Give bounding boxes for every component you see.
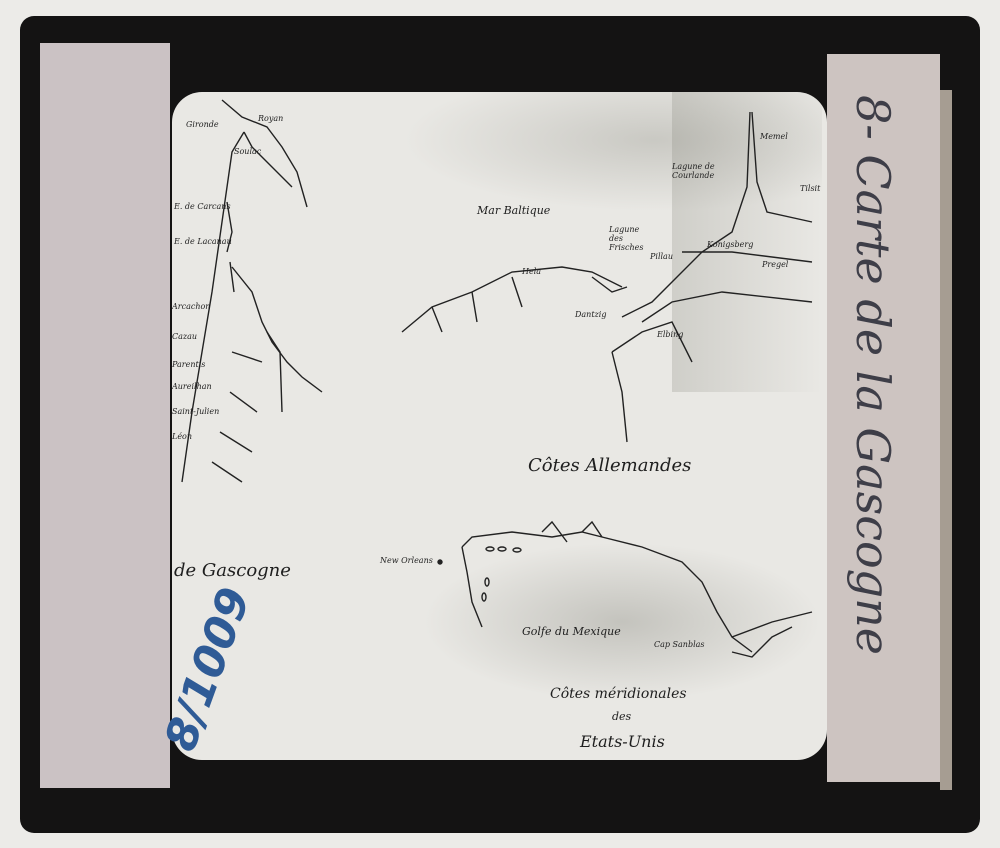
place-label: Saint-Julien: [172, 407, 219, 416]
place-label: Pregel: [762, 260, 788, 269]
place-label: Royan: [258, 114, 283, 123]
place-label: Cap Sanblas: [654, 640, 705, 649]
place-label: Pillau: [650, 252, 673, 261]
place-label: Memel: [760, 132, 788, 141]
place-label: Lagune des Frisches: [609, 225, 649, 252]
place-label: Aureilhan: [172, 382, 212, 391]
place-label: Dantzig: [575, 310, 606, 319]
place-label: Soulac: [234, 147, 261, 156]
slide-title-label: 8- Carte de la Gascogne: [846, 95, 900, 795]
sea-label: Golfe du Mexique: [522, 625, 621, 638]
place-label: Hela: [522, 267, 541, 276]
map-drawing: Gironde Royan Soulac E. de Carcans E. de…: [172, 92, 827, 760]
sea-label: Mar Baltique: [477, 204, 550, 217]
place-label: Elbing: [657, 330, 683, 339]
sea-label: de Gascogne: [174, 560, 291, 581]
place-label: Arcachon: [172, 302, 210, 311]
place-label: Gironde: [186, 120, 219, 129]
region-label: Côtes méridionales: [550, 686, 687, 702]
place-label: E. de Carcans: [174, 202, 231, 211]
place-label: Léon: [172, 432, 192, 441]
place-label: Lagune de Courlande: [672, 162, 732, 180]
region-label: des: [612, 710, 631, 723]
coastline-drawing: [172, 92, 827, 760]
place-label: New Orleans: [380, 556, 433, 565]
place-label: Tilsit: [800, 184, 820, 193]
place-label: Parentis: [172, 360, 205, 369]
region-label: Etats-Unis: [580, 732, 665, 751]
paper-strip-edge: [940, 90, 952, 790]
place-label: Konigsberg: [707, 240, 753, 249]
place-label: Cazau: [172, 332, 197, 341]
region-label: Côtes Allemandes: [528, 455, 691, 476]
place-label: E. de Lacanau: [174, 237, 232, 246]
left-label-tape: [40, 43, 170, 788]
